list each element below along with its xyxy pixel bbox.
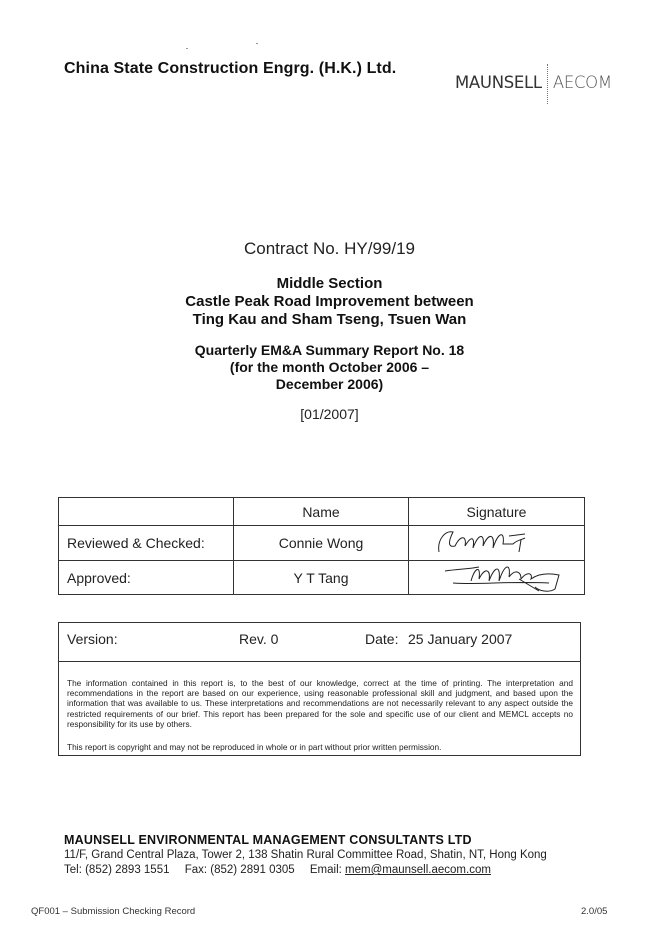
logo-divider [547,64,548,104]
report-title-line: December 2006) [0,376,659,393]
email-label: Email: [310,864,342,876]
role-cell: Approved: [59,561,234,595]
consultant-name: MAUNSELL ENVIRONMENTAL MANAGEMENT CONSUL… [64,833,472,847]
contractor-name: China State Construction Engrg. (H.K.) L… [64,60,396,78]
version-box: Version: Rev. 0 Date: 25 January 2007 Th… [58,622,581,756]
contract-number: Contract No. HY/99/19 [0,239,659,259]
project-title: Middle Section Castle Peak Road Improvem… [0,275,659,329]
maunsell-aecom-logo: MAUNSELL AECOM [455,62,612,102]
header-name: Name [234,498,409,526]
email-link[interactable]: mem@maunsell.aecom.com [345,864,491,876]
form-id: QF001 – Submission Checking Record [31,906,195,917]
version-label: Version: [67,631,118,647]
scan-speck [186,48,188,49]
fax: Fax: (852) 2891 0305 [185,864,295,876]
project-title-line: Middle Section [0,275,659,293]
consultant-contact: Tel: (852) 2893 1551 Fax: (852) 2891 030… [64,864,491,876]
consultant-address: 11/F, Grand Central Plaza, Tower 2, 138 … [64,849,547,861]
form-version: 2.0/05 [581,906,607,917]
report-reference: [01/2007] [0,406,659,422]
signature-icon [409,557,584,605]
version-value: Rev. 0 [239,631,278,647]
disclaimer-text: The information contained in this report… [67,678,573,729]
signature-icon [409,522,584,562]
role-cell: Reviewed & Checked: [59,526,234,561]
table-row: Approved: Y T Tang [59,561,585,595]
signature-cell [409,561,585,595]
logo-aecom: AECOM [553,73,612,92]
divider [59,661,580,662]
signoff-table: Name Signature Reviewed & Checked: Conni… [58,497,585,595]
header-role [59,498,234,526]
name-cell: Y T Tang [234,561,409,595]
report-title-line: Quarterly EM&A Summary Report No. 18 [0,342,659,359]
scan-speck [256,43,258,44]
project-title-line: Ting Kau and Sham Tseng, Tsuen Wan [0,311,659,329]
table-row: Reviewed & Checked: Connie Wong [59,526,585,561]
telephone: Tel: (852) 2893 1551 [64,864,170,876]
logo-maunsell: MAUNSELL [455,73,542,92]
project-title-line: Castle Peak Road Improvement between [0,293,659,311]
report-title: Quarterly EM&A Summary Report No. 18 (fo… [0,342,659,393]
signature-cell [409,526,585,561]
copyright-notice: This report is copyright and may not be … [67,742,441,752]
report-title-line: (for the month October 2006 – [0,359,659,376]
date-label: Date: [365,631,398,647]
name-cell: Connie Wong [234,526,409,561]
date-value: 25 January 2007 [408,631,512,647]
